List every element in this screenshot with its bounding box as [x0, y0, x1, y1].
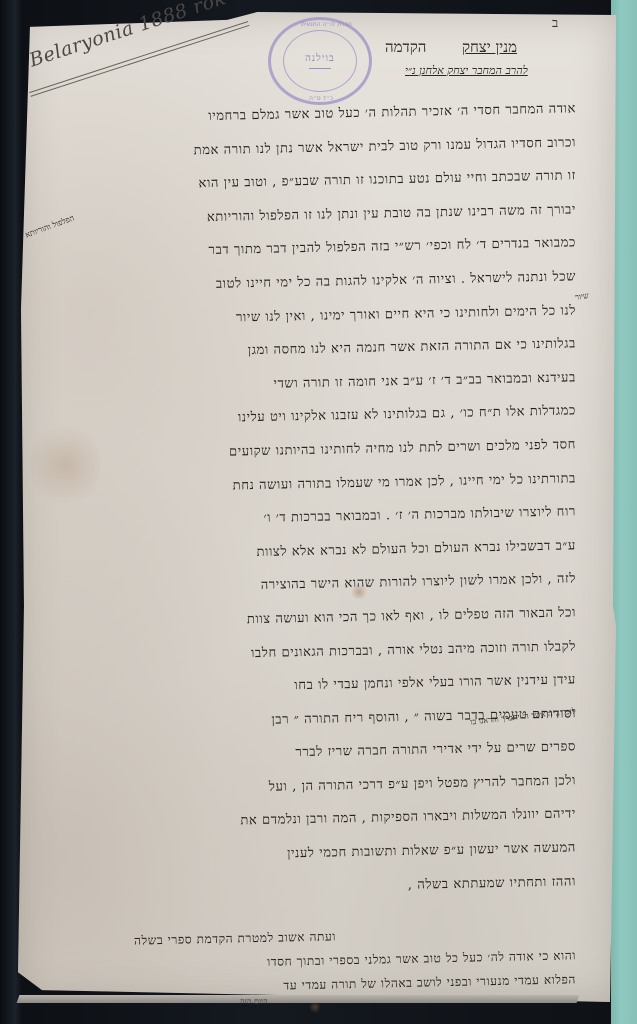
- photo-scene: Belaryonia 1888 rok חברת לו״ה התנאית בוי…: [0, 0, 637, 1024]
- manuscript-body: אודה המחבר חסדי ה׳ אזכיר תהלות ה׳ כעל טו…: [36, 98, 576, 904]
- stamp-inner-circle: בוילנה: [283, 30, 357, 92]
- ink-stain: [310, 1000, 320, 1014]
- stamp-ring-top-text: חברת לו״ה התנאית: [301, 21, 352, 28]
- page-number: ב: [552, 15, 558, 31]
- closing-footnote: היום הזה: [240, 997, 268, 1006]
- closing-paragraph: ועתה אשוב למטרת הקדמת ספרי בשלה והוא כי …: [36, 925, 576, 997]
- heading-introduction: הקדמה: [385, 38, 426, 57]
- library-stamp: חברת לו״ה התנאית בוילנה כ״ד ס״ה: [268, 17, 372, 105]
- dark-binding-edge: [0, 0, 22, 1024]
- stamp-center-text: בוילנה: [305, 53, 335, 64]
- subheading-author-name: להרב המחבר יצחק אלחנן נ״י: [405, 64, 528, 77]
- heading-author: מנין יצחק: [462, 38, 517, 57]
- stamp-rule: [309, 68, 331, 69]
